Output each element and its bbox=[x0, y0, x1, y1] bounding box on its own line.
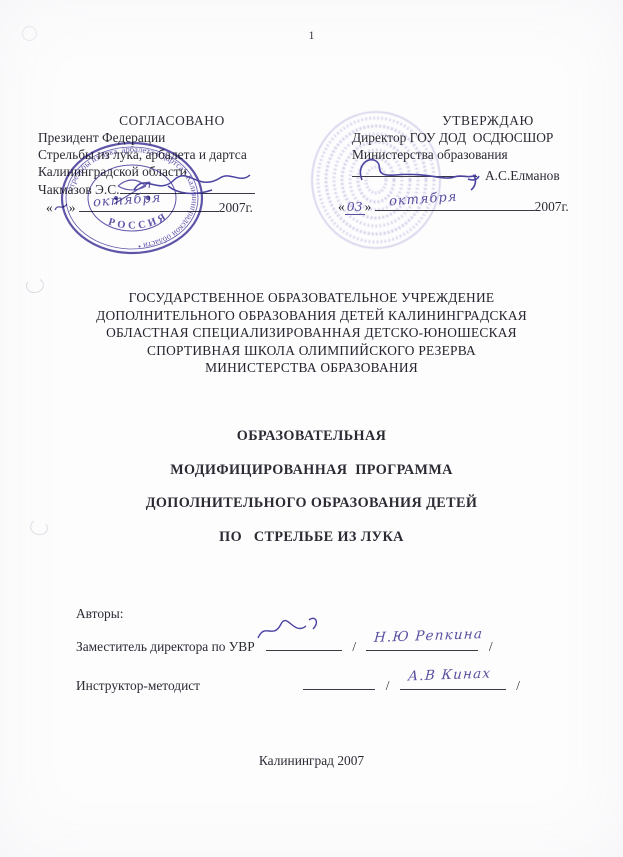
handwritten-name: Н.Ю Репкина bbox=[374, 626, 484, 646]
signature-line bbox=[303, 676, 375, 690]
page-number: 1 bbox=[0, 28, 623, 43]
author-row: Инструктор-методист / А.В Кинах / bbox=[76, 676, 556, 694]
separator: / bbox=[489, 639, 493, 654]
date-line: октября bbox=[375, 197, 535, 211]
approved-signer-name: А.С.Елманов bbox=[485, 168, 560, 183]
agreed-line-2: Стрельбы из лука, арбалета и дартса bbox=[38, 146, 272, 163]
author-label: Заместитель директора по УВР bbox=[76, 639, 255, 654]
signature-chakmazov bbox=[128, 166, 268, 202]
handwritten-day-squiggle bbox=[53, 201, 69, 213]
agreed-year: 2007г. bbox=[219, 200, 253, 215]
handwritten-name: А.В Кинах bbox=[407, 666, 491, 685]
organization-line: СПОРТИВНАЯ ШКОЛА ОЛИМПИЙСКОГО РЕЗЕРВА bbox=[0, 342, 623, 360]
name-line: Н.Ю Репкина bbox=[366, 637, 478, 651]
approved-heading: УТВЕРЖДАЮ bbox=[352, 112, 596, 129]
program-title-line: ПО СТРЕЛЬБЕ ИЗ ЛУКА bbox=[0, 521, 623, 555]
quote-open: « bbox=[338, 199, 345, 214]
separator: / bbox=[386, 678, 390, 693]
quote-close: » bbox=[365, 199, 372, 214]
program-title-line: МОДИФИЦИРОВАННАЯ ПРОГРАММА bbox=[0, 454, 623, 488]
approved-line-1: Директор ГОУ ДОД ОСДЮСШОР bbox=[352, 129, 596, 146]
separator: / bbox=[352, 639, 356, 654]
quote-close: » bbox=[69, 200, 76, 215]
program-title-line: ОБРАЗОВАТЕЛЬНАЯ bbox=[0, 420, 623, 454]
city-year: Калининград 2007 bbox=[0, 753, 623, 769]
quote-open: « bbox=[46, 200, 53, 215]
punch-hole bbox=[22, 26, 37, 41]
handwritten-day: 03 bbox=[345, 199, 365, 215]
organization-heading: ГОСУДАРСТВЕННОЕ ОБРАЗОВАТЕЛЬНОЕ УЧРЕЖДЕН… bbox=[0, 289, 623, 377]
organization-line: ДОПОЛНИТЕЛЬНОГО ОБРАЗОВАНИЯ ДЕТЕЙ КАЛИНИ… bbox=[0, 307, 623, 325]
agreed-heading: СОГЛАСОВАНО bbox=[38, 112, 272, 129]
author-label: Инструктор-методист bbox=[76, 678, 200, 693]
agreed-line-1: Президент Федерации bbox=[38, 129, 272, 146]
separator: / bbox=[516, 678, 520, 693]
organization-line: ГОСУДАРСТВЕННОЕ ОБРАЗОВАТЕЛЬНОЕ УЧРЕЖДЕН… bbox=[0, 289, 623, 307]
organization-line: ОБЛАСТНАЯ СПЕЦИАЛИЗИРОВАННАЯ ДЕТСКО-ЮНОШ… bbox=[0, 324, 623, 342]
name-line: А.В Кинах bbox=[400, 676, 506, 690]
signature-elmanov bbox=[352, 150, 490, 192]
program-title-line: ДОПОЛНИТЕЛЬНОГО ОБРАЗОВАНИЯ ДЕТЕЙ bbox=[0, 487, 623, 521]
approved-date-row: «03» октября2007г. bbox=[338, 197, 596, 215]
signature-author bbox=[252, 614, 337, 644]
approved-year: 2007г. bbox=[535, 199, 569, 214]
document-page: 1 СОГЛАСОВАНО Президент Федерации Стрель… bbox=[0, 0, 623, 857]
organization-line: МИНИСТЕРСТВА ОБРАЗОВАНИЯ bbox=[0, 359, 623, 377]
program-title: ОБРАЗОВАТЕЛЬНАЯ МОДИФИЦИРОВАННАЯ ПРОГРАМ… bbox=[0, 420, 623, 554]
